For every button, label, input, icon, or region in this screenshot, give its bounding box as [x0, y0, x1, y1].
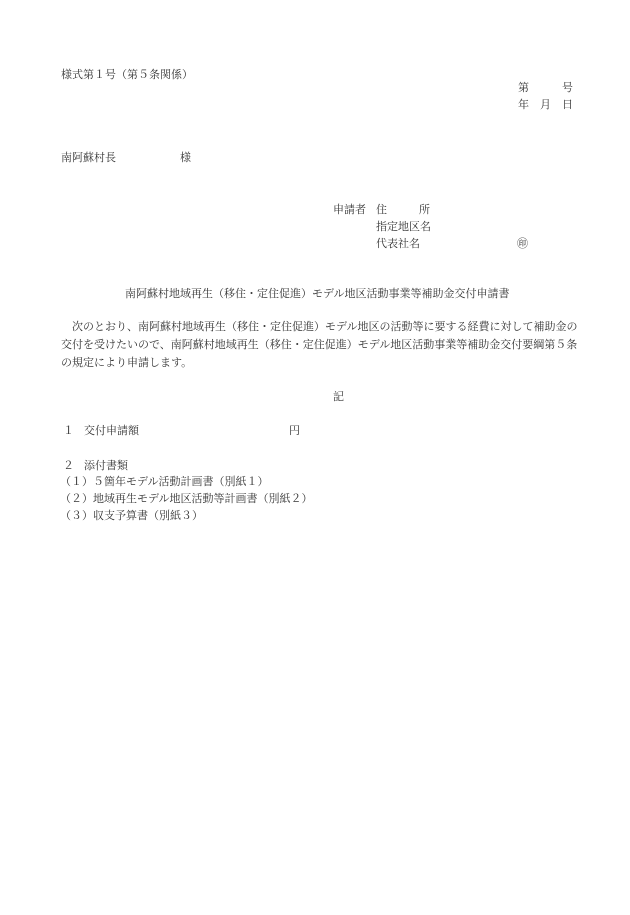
- document-title: 南阿蘇村地域再生（移住・定住促進）モデル地区活動事業等補助金交付申請書: [125, 285, 509, 302]
- attachment-item: （１）５箇年モデル活動計画書（別紙１）: [60, 473, 268, 490]
- applicant-representative-label: 代表社名: [376, 235, 420, 252]
- body-line: 交付を受けたいので、南阿蘇村地域再生（移住・定住促進）モデル地区活動事業等補助金…: [61, 336, 581, 354]
- applicant-address-label-2: 所: [419, 201, 430, 218]
- item-label-attachments: 添付書類: [84, 457, 128, 474]
- item-label-application-amount: 交付申請額: [84, 422, 139, 439]
- currency-unit: 円: [289, 422, 300, 439]
- date-month-label: 月: [540, 96, 551, 113]
- item-number: １: [63, 422, 74, 439]
- applicant-label: 申請者: [333, 201, 366, 218]
- ki-heading: 記: [333, 388, 344, 405]
- attachment-item: （３）収支予算書（別紙３）: [60, 507, 203, 524]
- item-number: ２: [63, 457, 74, 474]
- applicant-district-label: 指定地区名: [376, 218, 431, 235]
- applicant-address-label-1: 住: [376, 201, 387, 218]
- doc-number-suffix: 号: [562, 79, 573, 96]
- form-number: 様式第１号（第５条関係）: [61, 66, 193, 83]
- date-day-label: 日: [562, 96, 573, 113]
- attachment-item: （２）地域再生モデル地区活動等計画書（別紙２）: [60, 490, 312, 507]
- body-line: 次のとおり、南阿蘇村地域再生（移住・定住促進）モデル地区の活動等に要する経費に対…: [61, 318, 581, 336]
- body-paragraph: 次のとおり、南阿蘇村地域再生（移住・定住促進）モデル地区の活動等に要する経費に対…: [61, 318, 581, 372]
- addressee-honorific: 様: [180, 149, 191, 166]
- addressee-name: 南阿蘇村長: [61, 149, 116, 166]
- document-page: 様式第１号（第５条関係） 第 号 年 月 日 南阿蘇村長 様 申請者 住 所 指…: [0, 0, 630, 915]
- seal-icon: ㊞: [517, 235, 528, 252]
- date-year-label: 年: [518, 96, 529, 113]
- body-line: の規定により申請します。: [61, 354, 581, 372]
- doc-number-prefix: 第: [518, 79, 529, 96]
